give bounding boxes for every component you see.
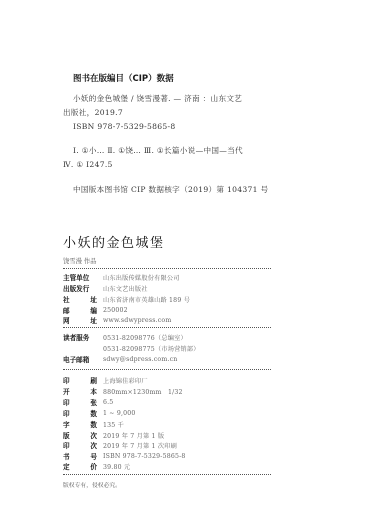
colophon-row-address: 社址 山东省济南市英雄山路 189 号	[63, 294, 190, 304]
colophon-row-reader-service: 读者服务 0531-82098776（总编室）	[63, 332, 187, 342]
row-label: 主管单位	[63, 272, 97, 282]
row-label: 出版发行	[63, 283, 97, 293]
row-label: 电子邮箱	[63, 354, 97, 364]
row-value: 135 千	[103, 420, 124, 429]
cip-classification-code: Ⅳ. ① I247.5	[63, 160, 113, 169]
colophon-row-email: 电子邮箱 sdwy@sdpress.com.cn	[63, 354, 177, 364]
row-value: 39.80 元	[103, 462, 130, 471]
row-label: 邮编	[63, 305, 97, 315]
colophon-row-publisher: 出版发行 山东文艺出版社	[63, 283, 148, 293]
cip-isbn-line: ISBN 978-7-5329-5865-8	[73, 122, 176, 131]
cip-classification-line: Ⅰ. ①小… Ⅱ. ①饶… Ⅲ. ①长篇小说—中国—当代	[73, 145, 243, 156]
row-value: ISBN 978-7-5329-5865-8	[103, 453, 186, 460]
website-link[interactable]: www.sdwypress.com	[103, 317, 171, 324]
row-label: 读者服务	[63, 332, 97, 342]
book-title: 小妖的金色城堡	[63, 232, 165, 251]
row-value: 山东出版传媒股份有限公司	[103, 273, 180, 282]
cip-heading: 图书在版编目（CIP）数据	[73, 72, 174, 84]
row-value: 2019 年 7 月第 1 次印刷	[103, 441, 177, 450]
row-label: 定价	[63, 461, 97, 471]
colophon-row-sheets: 印张 6.5	[63, 397, 113, 407]
row-label: 书号	[63, 451, 97, 461]
row-label: 版次	[63, 430, 97, 440]
row-label: 印张	[63, 397, 97, 407]
row-value: 2019 年 7 月第 1 版	[103, 431, 164, 440]
row-value: 880mm×1230mm 1/32	[103, 387, 183, 396]
row-value: 250002	[103, 307, 128, 314]
author-line: 饶雪漫 作品	[63, 256, 97, 265]
cip-publisher-line: 出版社，2019.7	[63, 107, 123, 118]
divider	[63, 369, 271, 370]
colophon-row-postcode: 邮编 250002	[63, 305, 128, 315]
row-label: 开本	[63, 386, 97, 396]
colophon-row-print-run: 印数 1 ~ 9,000	[63, 408, 136, 418]
colophon-row-printer: 印刷 上海锦佳彩印厂	[63, 375, 148, 385]
row-value: 山东省济南市英雄山路 189 号	[103, 295, 190, 304]
row-label: 网址	[63, 315, 97, 325]
colophon-row-printing: 印次 2019 年 7 月第 1 次印刷	[63, 440, 177, 450]
row-label: 社址	[63, 294, 97, 304]
row-value: 1 ~ 9,000	[103, 410, 136, 417]
divider	[63, 268, 271, 269]
colophon-row-reader-service-2: 0531-82098775（市场营销部）	[63, 343, 200, 353]
phone-editorial: 0531-82098776（总编室）	[103, 333, 187, 342]
copyright-notice: 版权专有，侵权必究。	[63, 480, 121, 489]
row-label: 字数	[63, 419, 97, 429]
colophon-row-word-count: 字数 135 千	[63, 419, 124, 429]
phone-marketing: 0531-82098775（市场营销部）	[103, 344, 200, 353]
colophon-row-supervisor: 主管单位 山东出版传媒股份有限公司	[63, 272, 180, 282]
divider	[63, 474, 271, 475]
row-value: 上海锦佳彩印厂	[103, 376, 148, 385]
colophon-row-edition: 版次 2019 年 7 月第 1 版	[63, 430, 164, 440]
colophon-row-isbn: 书号 ISBN 978-7-5329-5865-8	[63, 451, 186, 461]
row-value: 山东文艺出版社	[103, 284, 148, 293]
row-label: 印刷	[63, 375, 97, 385]
colophon-row-format: 开本 880mm×1230mm 1/32	[63, 386, 183, 396]
cip-title-line: 小妖的金色城堡 / 饶雪漫著. — 济南 ：山东文艺	[73, 93, 242, 104]
colophon-row-price: 定价 39.80 元	[63, 461, 130, 471]
row-label: 印次	[63, 440, 97, 450]
email-link[interactable]: sdwy@sdpress.com.cn	[103, 356, 177, 363]
cip-record-number: 中国版本图书馆 CIP 数据核字（2019）第 104371 号	[73, 184, 268, 195]
colophon-row-website: 网址 www.sdwypress.com	[63, 315, 171, 325]
divider	[63, 327, 271, 328]
row-label: 印数	[63, 408, 97, 418]
row-value: 6.5	[103, 399, 113, 406]
